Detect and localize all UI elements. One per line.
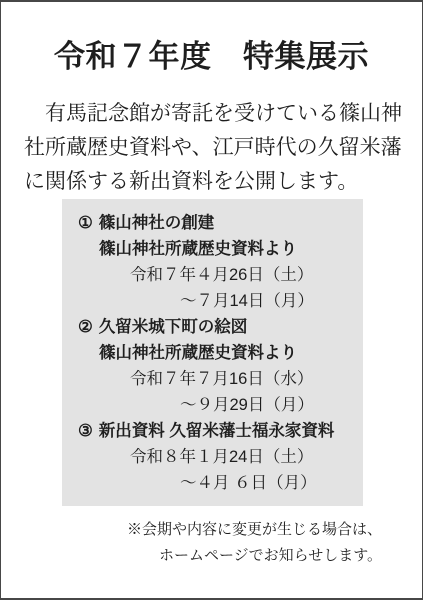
intro-line: 有馬記念館が寄託を受けている篠山神 bbox=[24, 97, 403, 131]
exhibition-date-start: 令和７年７月16日（水） bbox=[62, 366, 363, 392]
exhibition-subtitle: 篠山神社所蔵歴史資料より bbox=[62, 340, 363, 366]
exhibition-date-end: ～９月29日（月） bbox=[62, 392, 363, 418]
exhibition-title: 久留米城下町の絵図 bbox=[99, 318, 248, 336]
exhibition-heading: ②久留米城下町の絵図 bbox=[62, 314, 363, 340]
intro-line: 社所蔵歴史資料や、江戸時代の久留米藩 bbox=[24, 131, 403, 165]
exhibition-item: ③新出資料 久留米藩士福永家資料 令和８年１月24日（土） ～４月 ６日（月） bbox=[62, 418, 363, 496]
exhibition-flyer: 令和７年度 特集展示 有馬記念館が寄託を受けている篠山神 社所蔵歴史資料や、江戸… bbox=[0, 0, 423, 600]
exhibition-date-start: 令和８年１月24日（土） bbox=[62, 444, 363, 470]
footnote-line: ※会期や内容に変更が生じる場合は、 bbox=[1, 517, 382, 543]
footnote-line: ホームページでお知らせします。 bbox=[1, 543, 382, 569]
exhibition-title: 新出資料 久留米藩士福永家資料 bbox=[99, 422, 335, 440]
exhibition-title: 篠山神社の創建 bbox=[99, 214, 215, 232]
exhibition-date-end: ～４月 ６日（月） bbox=[62, 470, 363, 496]
exhibition-number: ② bbox=[78, 318, 93, 336]
exhibition-schedule-box: ①篠山神社の創建 篠山神社所蔵歴史資料より 令和７年４月26日（土） ～７月14… bbox=[62, 199, 363, 506]
exhibition-subtitle: 篠山神社所蔵歴史資料より bbox=[62, 236, 363, 262]
intro-line: に関係する新出資料を公開します。 bbox=[24, 165, 403, 199]
exhibition-date-start: 令和７年４月26日（土） bbox=[62, 262, 363, 288]
exhibition-number: ① bbox=[78, 214, 93, 232]
exhibition-item: ②久留米城下町の絵図 篠山神社所蔵歴史資料より 令和７年７月16日（水） ～９月… bbox=[62, 314, 363, 418]
exhibition-heading: ③新出資料 久留米藩士福永家資料 bbox=[62, 418, 363, 444]
page-title: 令和７年度 特集展示 bbox=[1, 40, 422, 74]
intro-paragraph: 有馬記念館が寄託を受けている篠山神 社所蔵歴史資料や、江戸時代の久留米藩 に関係… bbox=[24, 97, 403, 199]
exhibition-date-end: ～７月14日（月） bbox=[62, 288, 363, 314]
exhibition-heading: ①篠山神社の創建 bbox=[62, 210, 363, 236]
footnote: ※会期や内容に変更が生じる場合は、 ホームページでお知らせします。 bbox=[1, 517, 382, 569]
exhibition-item: ①篠山神社の創建 篠山神社所蔵歴史資料より 令和７年４月26日（土） ～７月14… bbox=[62, 210, 363, 314]
exhibition-number: ③ bbox=[78, 422, 93, 440]
